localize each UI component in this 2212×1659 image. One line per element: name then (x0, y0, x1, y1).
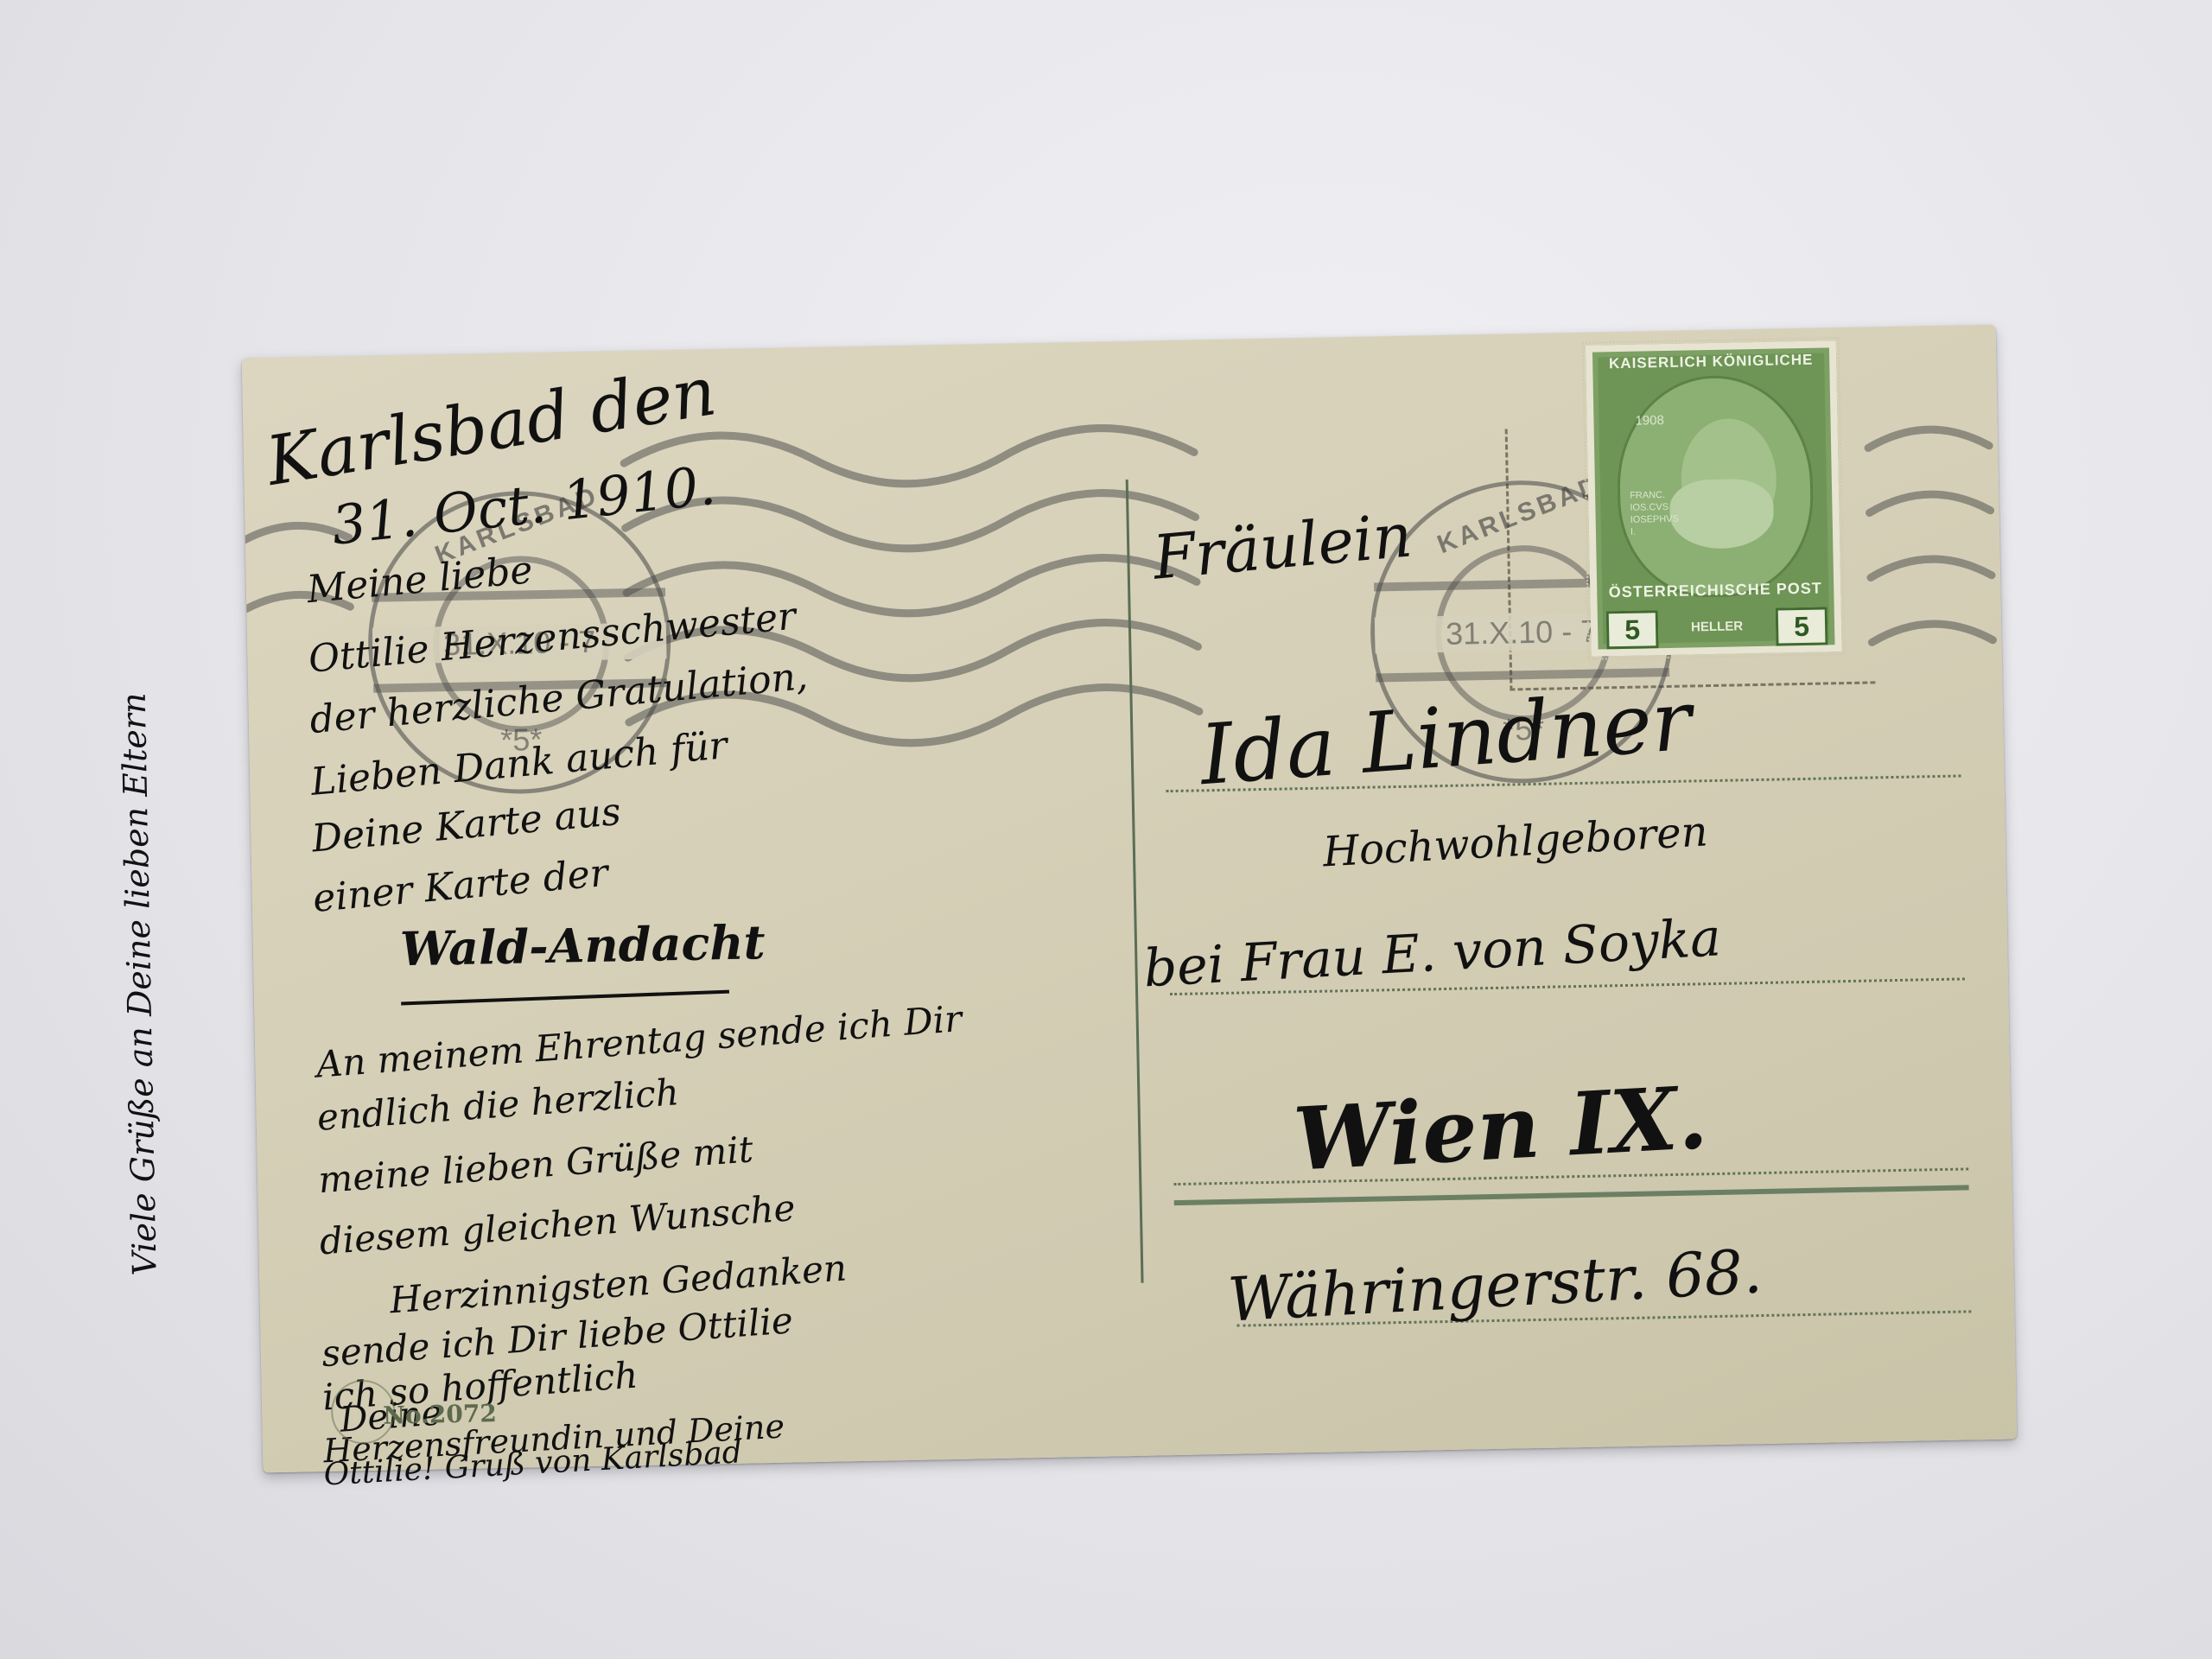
message-line: meine lieben Grüße mit (317, 1128, 755, 1201)
card-divider-line (1126, 480, 1144, 1283)
address-name: Ida Lindner (1197, 672, 1694, 804)
message-title-underline (401, 990, 729, 1006)
address-street: Währingerstr. 68. (1226, 1236, 1764, 1335)
message-margin-note: Viele Grüße an Deine lieben Eltern (115, 692, 164, 1276)
postcard: KARLSBAD 31.X.10 - 7 *5* KARLSBAD 31.X.1… (242, 325, 2017, 1473)
address-line-3-underline (1174, 1185, 1969, 1205)
message-title: Wald-Andacht (399, 914, 766, 976)
stamp-currency: HELLER (1667, 619, 1767, 635)
stamp-value-right: 5 (1776, 607, 1828, 645)
stamp-year: 1908 (1635, 413, 1664, 429)
address-honorific: Hochwohlgeboren (1322, 807, 1709, 876)
message-line: diesem gleichen Wunsche (318, 1186, 797, 1262)
postage-stamp: KAISERLICH KÖNIGLICHE 1908 FRANC. IOS.CV… (1586, 340, 1842, 657)
address-salutation: Fräulein (1150, 499, 1414, 593)
stamp-portrait-name: FRANC. IOS.CVS IOSEPHVS I. (1630, 489, 1679, 538)
publisher-number: No.2072 (383, 1399, 497, 1430)
address-city: Wien IX. (1291, 1066, 1710, 1191)
stamp-value-left: 5 (1606, 610, 1659, 649)
message-line: einer Karte der (311, 851, 610, 921)
